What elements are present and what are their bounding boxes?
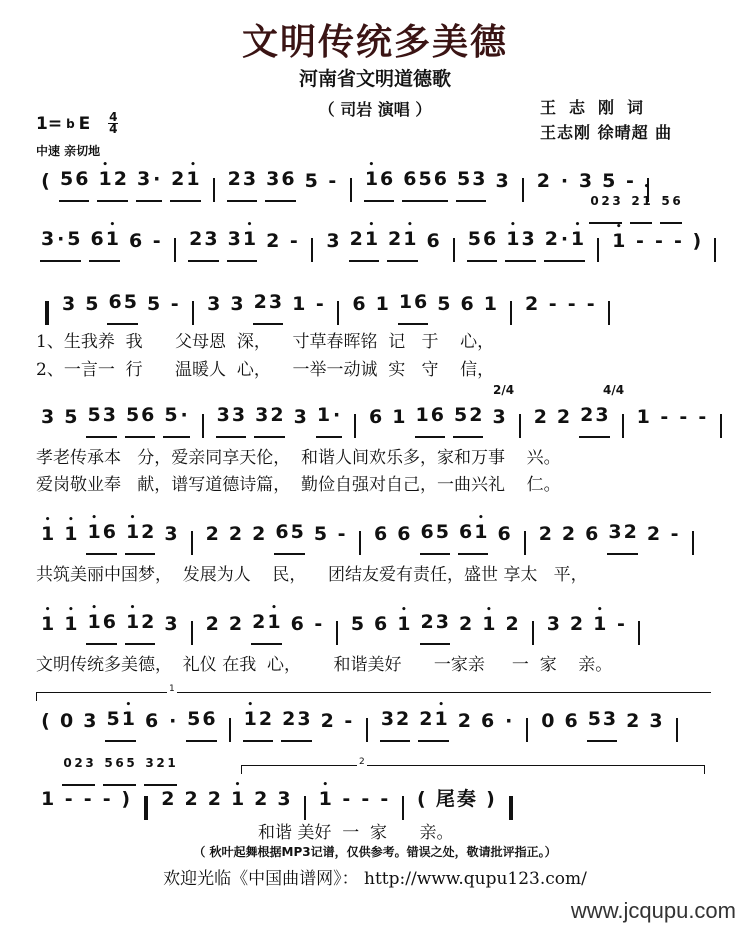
note-group: 2 bbox=[183, 782, 198, 820]
note-group: 65 bbox=[274, 515, 304, 555]
note-group: 6 bbox=[480, 704, 495, 742]
note-group: •16 bbox=[364, 162, 394, 202]
bar-line bbox=[304, 796, 306, 820]
bar-line bbox=[508, 796, 513, 820]
note-group: 2·•1 bbox=[544, 222, 585, 262]
note-group: - bbox=[336, 517, 347, 555]
volta-bracket-2: 2 bbox=[241, 765, 705, 774]
note-group: 2•1 bbox=[251, 605, 281, 645]
bar-line bbox=[229, 718, 231, 742]
note-group: 23 bbox=[227, 162, 257, 202]
note-group: 6 bbox=[373, 517, 388, 555]
note-group: 65 bbox=[107, 285, 137, 325]
note-group: 3 bbox=[40, 400, 55, 438]
bar-line bbox=[676, 718, 678, 742]
note-group: 6 bbox=[426, 224, 441, 262]
note-group: - bbox=[634, 224, 645, 262]
note-group: 65 bbox=[420, 515, 450, 555]
song-subtitle: 河南省文明道德歌 bbox=[0, 64, 750, 91]
note-group: •1 bbox=[481, 607, 496, 645]
note-group: 2 bbox=[561, 517, 576, 555]
bar-line bbox=[532, 621, 534, 645]
note-group: 2 bbox=[536, 164, 551, 202]
note-group: 3 bbox=[325, 224, 340, 262]
note-group: - bbox=[327, 164, 338, 202]
note-group: 23 bbox=[253, 285, 283, 325]
bar-line bbox=[522, 178, 524, 202]
note-group: 56 bbox=[125, 398, 155, 438]
bar-line bbox=[608, 301, 610, 325]
note-group: · bbox=[559, 164, 570, 202]
note-group: 5· bbox=[163, 398, 189, 438]
note-group: 0 bbox=[59, 704, 74, 742]
note-group: •16 bbox=[86, 605, 116, 645]
note-group: - bbox=[697, 400, 708, 438]
bar-line bbox=[143, 796, 148, 820]
note-group: · bbox=[503, 704, 514, 742]
note-group: - bbox=[379, 782, 390, 820]
score-line-3: 35655-33231-61165612--- bbox=[36, 285, 618, 325]
note-group: 6 bbox=[496, 517, 511, 555]
note-group: 3 bbox=[229, 287, 244, 325]
note-group: - bbox=[659, 400, 670, 438]
volta-bracket-1: 1 bbox=[36, 692, 711, 701]
note-group: 2•1 bbox=[387, 222, 417, 262]
tempo-marking: 中速 亲切地 bbox=[36, 142, 100, 159]
note-group: 023 bbox=[589, 184, 622, 224]
note-group: - bbox=[151, 224, 162, 262]
note-group: •1 bbox=[396, 607, 411, 645]
note-group: 2 bbox=[646, 517, 661, 555]
note-group: 32 bbox=[380, 702, 410, 742]
note-group: 2 bbox=[458, 607, 473, 645]
key-signature: 1= bE 4 4 bbox=[36, 112, 126, 135]
note-group: 3 bbox=[82, 704, 97, 742]
note-group: 5 bbox=[436, 287, 451, 325]
note-group: •1 bbox=[63, 607, 78, 645]
note-group: - bbox=[566, 287, 577, 325]
note-group: 2 bbox=[625, 704, 640, 742]
note-group: 5 bbox=[350, 607, 365, 645]
note-group: •1 bbox=[318, 782, 333, 820]
note-group: 6 bbox=[128, 224, 143, 262]
note-group: •16 bbox=[86, 515, 116, 555]
score-line-8: 1---)222•123•1---(尾奏) bbox=[36, 780, 521, 820]
note-group: - bbox=[82, 782, 93, 820]
note-group: - bbox=[672, 224, 683, 262]
note-group: 3 bbox=[546, 607, 561, 645]
note-group: 5 bbox=[313, 517, 328, 555]
bar-line bbox=[350, 178, 352, 202]
note-group: •12 bbox=[97, 162, 127, 202]
bar-line bbox=[510, 301, 512, 325]
time-change-2-4: 2/4 bbox=[493, 383, 514, 397]
score-pickup-2: 0232•156 bbox=[585, 198, 686, 224]
bar-line bbox=[526, 718, 528, 742]
note-group: - bbox=[63, 782, 74, 820]
note-group: 6 bbox=[368, 400, 383, 438]
note-group: ) bbox=[120, 782, 131, 820]
note-group: - bbox=[678, 400, 689, 438]
bar-line bbox=[336, 621, 338, 645]
lyricist-credit: 王志刚词 bbox=[540, 95, 656, 118]
note-group: 2 bbox=[533, 400, 548, 438]
note-group: •1 bbox=[63, 517, 78, 555]
note-group: 5•1 bbox=[105, 702, 135, 742]
note-group: - bbox=[343, 704, 354, 742]
note-group: 6•1 bbox=[89, 222, 119, 262]
bar-line bbox=[311, 238, 313, 262]
note-group: •12 bbox=[243, 702, 273, 742]
note-group: ( bbox=[416, 782, 427, 820]
note-group: 36 bbox=[265, 162, 295, 202]
bar-line bbox=[202, 414, 204, 438]
note-group: · bbox=[167, 704, 178, 742]
bar-line bbox=[524, 531, 526, 555]
note-group: - bbox=[585, 287, 596, 325]
flat-symbol: b bbox=[66, 117, 75, 131]
note-group: ) bbox=[691, 224, 702, 262]
note-group: 5 bbox=[84, 287, 99, 325]
note-group: 5 bbox=[63, 400, 78, 438]
note-group: 2 bbox=[205, 607, 220, 645]
note-group: - bbox=[615, 607, 626, 645]
note-group: - bbox=[313, 607, 324, 645]
score-line-2: 3·56•16-233•12-32•12•1656•132·•1•1---) bbox=[36, 222, 724, 262]
bar-line bbox=[213, 178, 215, 202]
note-group: 6 bbox=[563, 704, 578, 742]
composer-credit: 王志刚 徐晴超 曲 bbox=[540, 120, 672, 143]
note-group: 3 bbox=[648, 704, 663, 742]
note-group: - bbox=[101, 782, 112, 820]
bar-line bbox=[359, 531, 361, 555]
note-group: ( bbox=[40, 164, 51, 202]
note-group: 1 bbox=[291, 287, 306, 325]
bar-line bbox=[714, 238, 716, 262]
note-group: - bbox=[669, 517, 680, 555]
time-signature: 4 4 bbox=[100, 112, 126, 135]
note-group: 2•1 bbox=[418, 702, 448, 742]
note-group: - bbox=[341, 782, 352, 820]
note-group: 3 bbox=[494, 164, 509, 202]
note-group: 3 bbox=[206, 287, 221, 325]
bar-line bbox=[597, 238, 599, 262]
lyrics-verse1-b: 孝老传承本 分，爱亲同享天伦， 和谐人间欢乐多，家和万事 兴。 bbox=[36, 443, 561, 468]
note-group: 56 bbox=[660, 184, 682, 224]
note-group: 2 bbox=[524, 287, 539, 325]
note-group: 6 bbox=[460, 287, 475, 325]
score-line-6: •1•1•16•123222•16-56•1232•1232•1- bbox=[36, 605, 648, 645]
note-group: 6 bbox=[584, 517, 599, 555]
note-group: •1 bbox=[40, 517, 55, 555]
note-group: - bbox=[169, 287, 180, 325]
note-group: 2•1 bbox=[630, 184, 652, 224]
note-group: •1 bbox=[40, 607, 55, 645]
bar-line bbox=[192, 301, 194, 325]
note-group: 2 bbox=[504, 607, 519, 645]
note-group: - bbox=[314, 287, 325, 325]
note-group: •12 bbox=[125, 515, 155, 555]
site-welcome: 欢迎光临《中国曲谱网》： http://www.qupu123.com/ bbox=[0, 864, 750, 889]
transcriber-note: （ 秋叶起舞根据MP3记谱，仅供参考。错误之处，敬请批评指正。） bbox=[0, 843, 750, 860]
note-group: 2 bbox=[251, 517, 266, 555]
note-group: 6 bbox=[144, 704, 159, 742]
bar-line bbox=[402, 796, 404, 820]
lyrics-ending: 和谐 美好 一 家 亲。 bbox=[258, 818, 453, 843]
watermark: www.jcqupu.com bbox=[571, 898, 736, 924]
note-group: ) bbox=[485, 782, 496, 820]
key-note: E bbox=[79, 114, 91, 134]
note-group: 56 bbox=[59, 162, 89, 202]
note-group: 5 bbox=[304, 164, 319, 202]
note-group: 5 bbox=[146, 287, 161, 325]
note-group: 656 bbox=[402, 162, 448, 202]
note-group: - bbox=[288, 224, 299, 262]
bar-line bbox=[366, 718, 368, 742]
note-group: 2 bbox=[556, 400, 571, 438]
note-group: 2 bbox=[265, 224, 280, 262]
bar-line bbox=[174, 238, 176, 262]
bar-line bbox=[191, 621, 193, 645]
note-group: 23 bbox=[579, 398, 609, 438]
score-line-7: (035•16·56•12232-322•126·065323 bbox=[36, 702, 686, 742]
note-group: 3 bbox=[491, 400, 506, 438]
note-group: 53 bbox=[86, 398, 116, 438]
note-group: 56 bbox=[186, 702, 216, 742]
note-group: •1 bbox=[611, 224, 626, 262]
note-group: 6 bbox=[396, 517, 411, 555]
note-group: •12 bbox=[125, 605, 155, 645]
lyrics-verse1-a: 1、生我养 我 父母恩 深， 寸草春晖铭 记 于 心， bbox=[36, 327, 494, 352]
note-group: 3 bbox=[276, 782, 291, 820]
note-group: 32 bbox=[607, 515, 637, 555]
note-group: 2 bbox=[228, 517, 243, 555]
note-group: 33 bbox=[216, 398, 246, 438]
note-group: •13 bbox=[505, 222, 535, 262]
note-group: 2 bbox=[253, 782, 268, 820]
note-group: 1 bbox=[391, 400, 406, 438]
note-group: 23 bbox=[188, 222, 218, 262]
note-group: 2 bbox=[457, 704, 472, 742]
note-group: 2 bbox=[538, 517, 553, 555]
bar-line bbox=[692, 531, 694, 555]
note-group: 23 bbox=[281, 702, 311, 742]
lyrics-refrain-2: 文明传统多美德， 礼仪 在我 心， 和谐美好 一家亲 一 家 亲。 bbox=[36, 650, 612, 675]
note-group: 2 bbox=[320, 704, 335, 742]
score-line-5: •1•1•16•123222655-66656•16226322- bbox=[36, 515, 702, 555]
note-group: •1 bbox=[592, 607, 607, 645]
score-line-1: (56•123·2•123365-•166565332·35- bbox=[36, 162, 657, 202]
note-group: 16 bbox=[415, 398, 445, 438]
note-group: 6 bbox=[290, 607, 305, 645]
bar-line bbox=[191, 531, 193, 555]
score-line-4: 3553565·333231·611652322231--- bbox=[36, 398, 730, 438]
lyrics-verse2-a: 2、一言一 行 温暖人 心， 一举一动诚 实 守 信， bbox=[36, 355, 494, 380]
note-group: 53 bbox=[456, 162, 486, 202]
note-group: 6 bbox=[351, 287, 366, 325]
note-group: 3 bbox=[163, 607, 178, 645]
note-group: •1 bbox=[230, 782, 245, 820]
note-group: 2 bbox=[228, 607, 243, 645]
bar-line bbox=[354, 414, 356, 438]
note-group: 1 bbox=[40, 782, 55, 820]
lyrics-refrain-1: 共筑美丽中国梦， 发展为人 民， 团结友爱有责任，盛世 享太 平， bbox=[36, 560, 588, 585]
note-group: 1 bbox=[483, 287, 498, 325]
note-group: 3 bbox=[293, 400, 308, 438]
note-group: 1 bbox=[636, 400, 651, 438]
note-group: - bbox=[653, 224, 664, 262]
note-group: 2 bbox=[569, 607, 584, 645]
note-group: 2 bbox=[160, 782, 175, 820]
note-group: 3· bbox=[136, 162, 162, 202]
note-group: 6•1 bbox=[458, 515, 488, 555]
bar-line bbox=[337, 301, 339, 325]
note-group: 52 bbox=[453, 398, 483, 438]
note-group: 2•1 bbox=[170, 162, 200, 202]
bar-line bbox=[638, 621, 640, 645]
note-group: - bbox=[547, 287, 558, 325]
note-group: 1· bbox=[316, 398, 342, 438]
note-group: 3 bbox=[163, 517, 178, 555]
note-group: 23 bbox=[420, 605, 450, 645]
time-change-4-4: 4/4 bbox=[603, 383, 624, 397]
note-group: 3•1 bbox=[227, 222, 257, 262]
song-title: 文明传统多美德 bbox=[0, 14, 750, 65]
note-group: 0 bbox=[540, 704, 555, 742]
note-group: 2•1 bbox=[349, 222, 379, 262]
note-group: 6 bbox=[373, 607, 388, 645]
note-group: 3·5 bbox=[40, 222, 81, 262]
note-group: ( bbox=[40, 704, 51, 742]
note-group: 32 bbox=[254, 398, 284, 438]
note-group: 56 bbox=[467, 222, 497, 262]
key-label: 1= bbox=[36, 114, 62, 134]
lyrics-verse2-b: 爱岗敬业奉 献，谱写道德诗篇， 勤俭自强对自己，一曲兴礼 仁。 bbox=[36, 470, 561, 495]
note-group: 2 bbox=[207, 782, 222, 820]
note-group: 尾奏 bbox=[435, 782, 477, 820]
note-group: - bbox=[360, 782, 371, 820]
note-group: 53 bbox=[587, 702, 617, 742]
bar-line bbox=[44, 301, 49, 325]
bar-line bbox=[453, 238, 455, 262]
note-group: 3 bbox=[61, 287, 76, 325]
bar-line bbox=[622, 414, 624, 438]
bar-line bbox=[720, 414, 722, 438]
bar-line bbox=[519, 414, 521, 438]
note-group: 16 bbox=[398, 285, 428, 325]
note-group: 1 bbox=[375, 287, 390, 325]
note-group: 2 bbox=[205, 517, 220, 555]
